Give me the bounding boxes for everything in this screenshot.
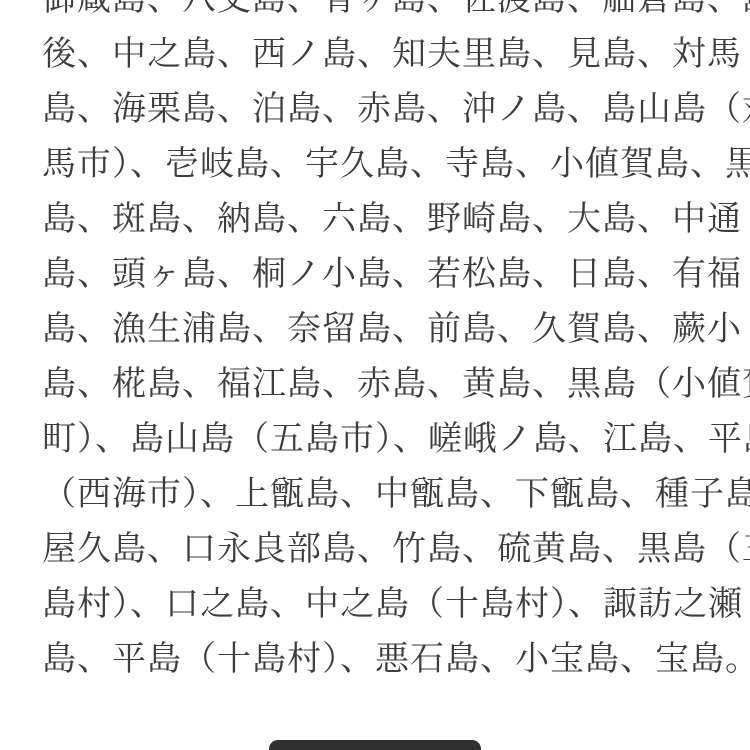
text-line: 馬市）、壱岐島、宇久島、寺島、小値賀島、黒 (42, 137, 750, 192)
text-line: 島、斑島、納島、六島、野崎島、大島、中通 (42, 192, 750, 247)
text-line: 島、頭ヶ島、桐ノ小島、若松島、日島、有福 (42, 247, 750, 302)
island-list-paragraph: 御蔵島、八丈島、青ヶ島、佐渡島、舳倉島、島 後、中之島、西ノ島、知夫里島、見島、… (0, 0, 750, 687)
home-indicator[interactable] (269, 740, 481, 750)
text-line: 後、中之島、西ノ島、知夫里島、見島、対馬 (42, 27, 750, 82)
text-line: 島村）、口之島、中之島（十島村）、諏訪之瀬 (42, 577, 750, 632)
text-line: 御蔵島、八丈島、青ヶ島、佐渡島、舳倉島、島 (42, 0, 750, 27)
text-line: 島、漁生浦島、奈留島、前島、久賀島、蕨小 (42, 302, 750, 357)
text-line: 島、海栗島、泊島、赤島、沖ノ島、島山島（対 (42, 82, 750, 137)
text-line: 島、平島（十島村）、悪石島、小宝島、宝島。 (42, 632, 750, 687)
text-line: 島、椛島、福江島、赤島、黄島、黒島（小値賀 (42, 357, 750, 412)
text-line: （西海市）、上甑島、中甑島、下甑島、種子島、 (42, 467, 750, 522)
text-line: 町）、島山島（五島市）、嵯峨ノ島、江島、平島 (42, 412, 750, 467)
text-line: 屋久島、口永良部島、竹島、硫黄島、黒島（三 (42, 522, 750, 577)
